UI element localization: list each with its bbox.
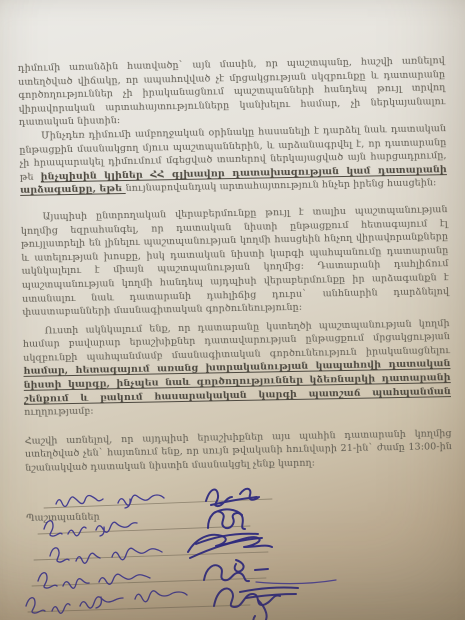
- ruled-line: [38, 526, 250, 534]
- signature-flourish: [240, 588, 298, 599]
- paragraph-3-text: Այսպիսի ընտրողական վերաբերմունքը թույլ է…: [21, 204, 449, 318]
- signature-flourish: [190, 534, 262, 558]
- paragraph-1: դիմումի առանձին հատվածը` այն մասին, որ պ…: [18, 54, 446, 130]
- paragraph-4: Ուստի ակնկալում ենք, որ դատարանը կստեղծի…: [23, 317, 452, 420]
- signers-label-text: Պաշտպաններ: [26, 511, 100, 523]
- paragraph-2: Մինչդեռ դիմումի ամբողջական օրինակը հասան…: [19, 122, 447, 198]
- paragraph-5-text: Հաշվի առնելով, որ այդպիսի երաշխիքներ այս…: [25, 428, 452, 474]
- name-handwriting: [26, 591, 187, 613]
- paragraph-4-tail: ուղղությամբ:: [24, 406, 94, 418]
- signature-row-5: [26, 588, 298, 620]
- paragraph-4-text: Ուստի ակնկալում ենք, որ դատարանը կստեղծի…: [23, 318, 450, 364]
- ruled-line: [32, 578, 266, 586]
- signature-row-4: [38, 565, 336, 588]
- signature-flourish: [235, 560, 244, 572]
- signature-flourish: [214, 588, 280, 607]
- document-photo: դիմումի առանձին հատվածը` այն մասին, որ պ…: [0, 0, 465, 620]
- ruled-line: [28, 605, 250, 612]
- name-handwriting: [38, 573, 150, 589]
- signature-flourish: [253, 600, 266, 620]
- signature-flourish: [204, 565, 268, 581]
- name-handwriting: [50, 548, 162, 563]
- paragraph-3: Այսպիսի ընտրողական վերաբերմունքը թույլ է…: [21, 203, 450, 320]
- signature-flourish: [256, 580, 336, 584]
- paragraph-1-text: դիմումի առանձին հատվածը` այն մասին, որ պ…: [18, 55, 446, 128]
- underline-emphasis-2: համար, հետագայում առանց խտրականության կա…: [23, 359, 451, 405]
- ruled-line: [34, 552, 268, 560]
- paragraph-5: Հաշվի առնելով, որ այդպիսի երաշխիքներ այս…: [25, 427, 453, 476]
- signers-label: Պաշտպաններ: [26, 504, 453, 525]
- signature-row-3: [50, 534, 272, 572]
- signature-flourish: [188, 535, 272, 552]
- document-sheet: դիմումի առանձին հատվածը` այն մասին, որ պ…: [18, 54, 453, 525]
